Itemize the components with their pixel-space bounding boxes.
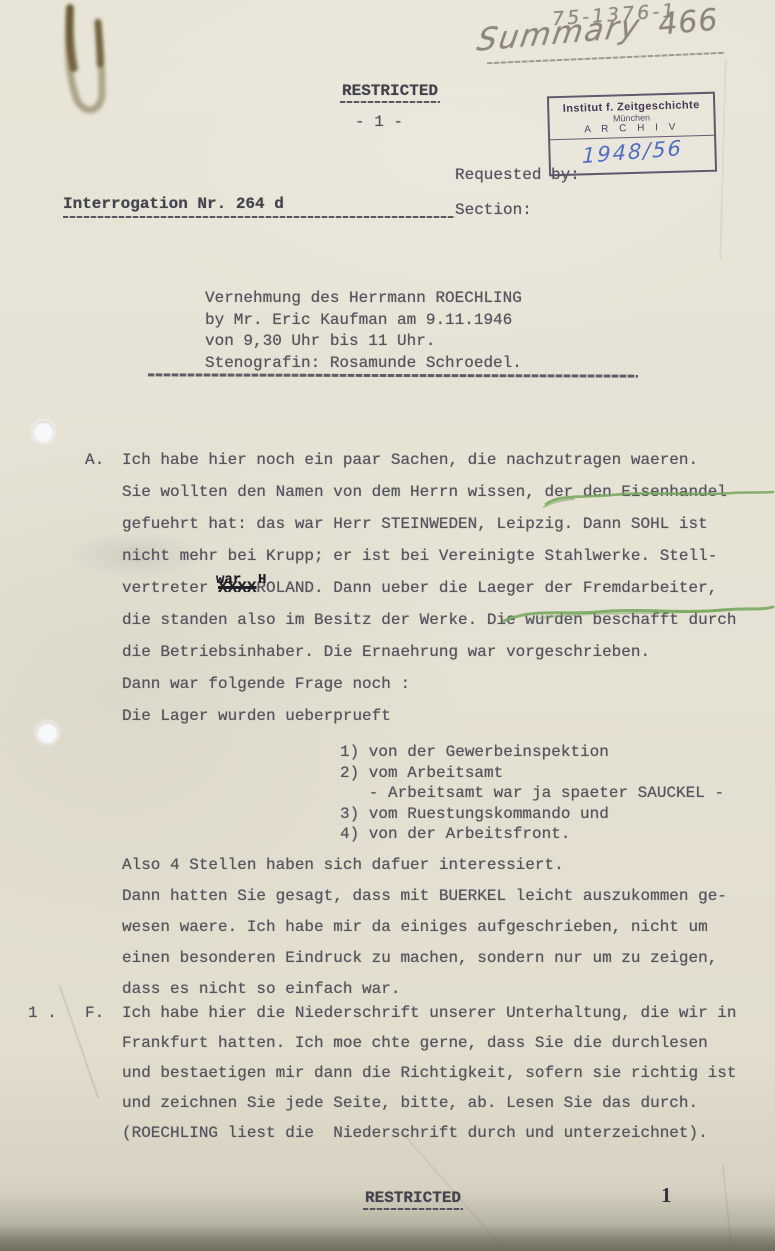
struck-out-text: XXXXwar H <box>218 579 256 597</box>
para-b-line: Dann hatten Sie gesagt, dass mit BUERKEL… <box>122 881 727 912</box>
fold-line-right <box>719 60 726 260</box>
classification-bottom: RESTRICTED <box>365 1190 461 1206</box>
green-underline-beschafft <box>500 598 775 630</box>
list-item: 2) vom Arbeitsamt <box>340 763 724 784</box>
classification-bottom-underline <box>363 1208 463 1210</box>
para-b: Also 4 Stellen haben sich dafuer interes… <box>122 850 727 1005</box>
para-b-line: wesen waere. Ich habe mir da einiges auf… <box>122 912 727 943</box>
para-a-line: gefuehrt hat: das war Herr STEINWEDEN, L… <box>122 508 737 540</box>
corrected-line-post: ROLAND. Dann ueber die Laeger der Fremda… <box>256 579 717 597</box>
para-a-line: Dann war folgende Frage noch : <box>122 668 737 700</box>
para-a-line: die Betriebsinhaber. Die Ernaehrung war … <box>122 636 737 668</box>
page-number: 1 <box>661 1183 672 1208</box>
para-b-line: einen besonderen Eindruck zu machen, son… <box>122 943 727 974</box>
archive-stamp: Institut f. Zeitgeschichte München A R C… <box>547 92 717 177</box>
list-item: 3) vom Ruestungskommando und <box>340 804 724 825</box>
para-f-line: und bestaetigen mir dann die Richtigkeit… <box>122 1058 737 1088</box>
meta-line: von 9,30 Uhr bis 11 Uhr. <box>205 331 522 353</box>
para-f-line: Ich habe hier die Niederschrift unserer … <box>122 998 737 1028</box>
para-f-line: Frankfurt hatten. Ich moe chte gerne, da… <box>122 1028 737 1058</box>
para-f-line: (ROECHLING liest die Niederschrift durch… <box>122 1118 737 1148</box>
para-f-line: und zeichnen Sie jede Seite, bitte, ab. … <box>122 1088 737 1118</box>
green-underline-eisenhandel <box>540 486 775 512</box>
interrogation-title-underline <box>63 216 455 218</box>
para-a-line: Ich habe hier noch ein paar Sachen, die … <box>122 444 737 476</box>
section-label: Section: <box>455 202 532 218</box>
requested-by-label: Requested by: <box>455 167 580 183</box>
meta-line: Stenografin: Rosamunde Schroedel. <box>205 353 522 375</box>
inspection-list: 1) von der Gewerbeinspektion 2) vom Arbe… <box>340 742 724 845</box>
crease-line-bottom-right <box>722 1165 732 1245</box>
typed-insertion-above: war H <box>216 564 266 596</box>
para-f-label: F. <box>85 998 104 1028</box>
list-item: - Arbeitsamt war ja spaeter SAUCKEL - <box>340 783 724 804</box>
paperclip-stain <box>18 0 143 135</box>
classification-top: RESTRICTED <box>342 83 438 99</box>
pencil-summary-word: Summary <box>475 8 644 59</box>
meta-divider-rule <box>148 373 638 377</box>
pencil-summary-count: 466 <box>657 3 720 43</box>
meta-line: Vernehmung des Herrmann ROECHLING <box>205 288 522 310</box>
para-a-line: Die Lager wurden ueberprueft <box>122 700 737 732</box>
meta-line: by Mr. Eric Kaufman am 9.11.1946 <box>205 310 522 332</box>
para-f: Ich habe hier die Niederschrift unserer … <box>122 998 737 1148</box>
document-page: 75-1376-1 Summary 466 RESTRICTED - 1 - I… <box>0 0 775 1251</box>
para-b-line: Also 4 Stellen haben sich dafuer interes… <box>122 850 727 881</box>
meta-block: Vernehmung des Herrmann ROECHLING by Mr.… <box>205 288 522 374</box>
list-item: 4) von der Arbeitsfront. <box>340 824 724 845</box>
punch-hole-bottom <box>37 722 58 743</box>
classification-top-underline <box>340 101 440 103</box>
para-a-line: nicht mehr bei Krupp; er ist bei Vereini… <box>122 540 737 572</box>
list-item: 1) von der Gewerbeinspektion <box>340 742 724 763</box>
page-marker: - 1 - <box>355 114 403 130</box>
corrected-line-pre: vertreter <box>122 579 218 597</box>
para-f-number: 1 . <box>28 998 57 1028</box>
punch-hole-top <box>33 421 54 442</box>
interrogation-title: Interrogation Nr. 264 d <box>63 196 284 212</box>
para-a-label: A. <box>85 444 104 476</box>
